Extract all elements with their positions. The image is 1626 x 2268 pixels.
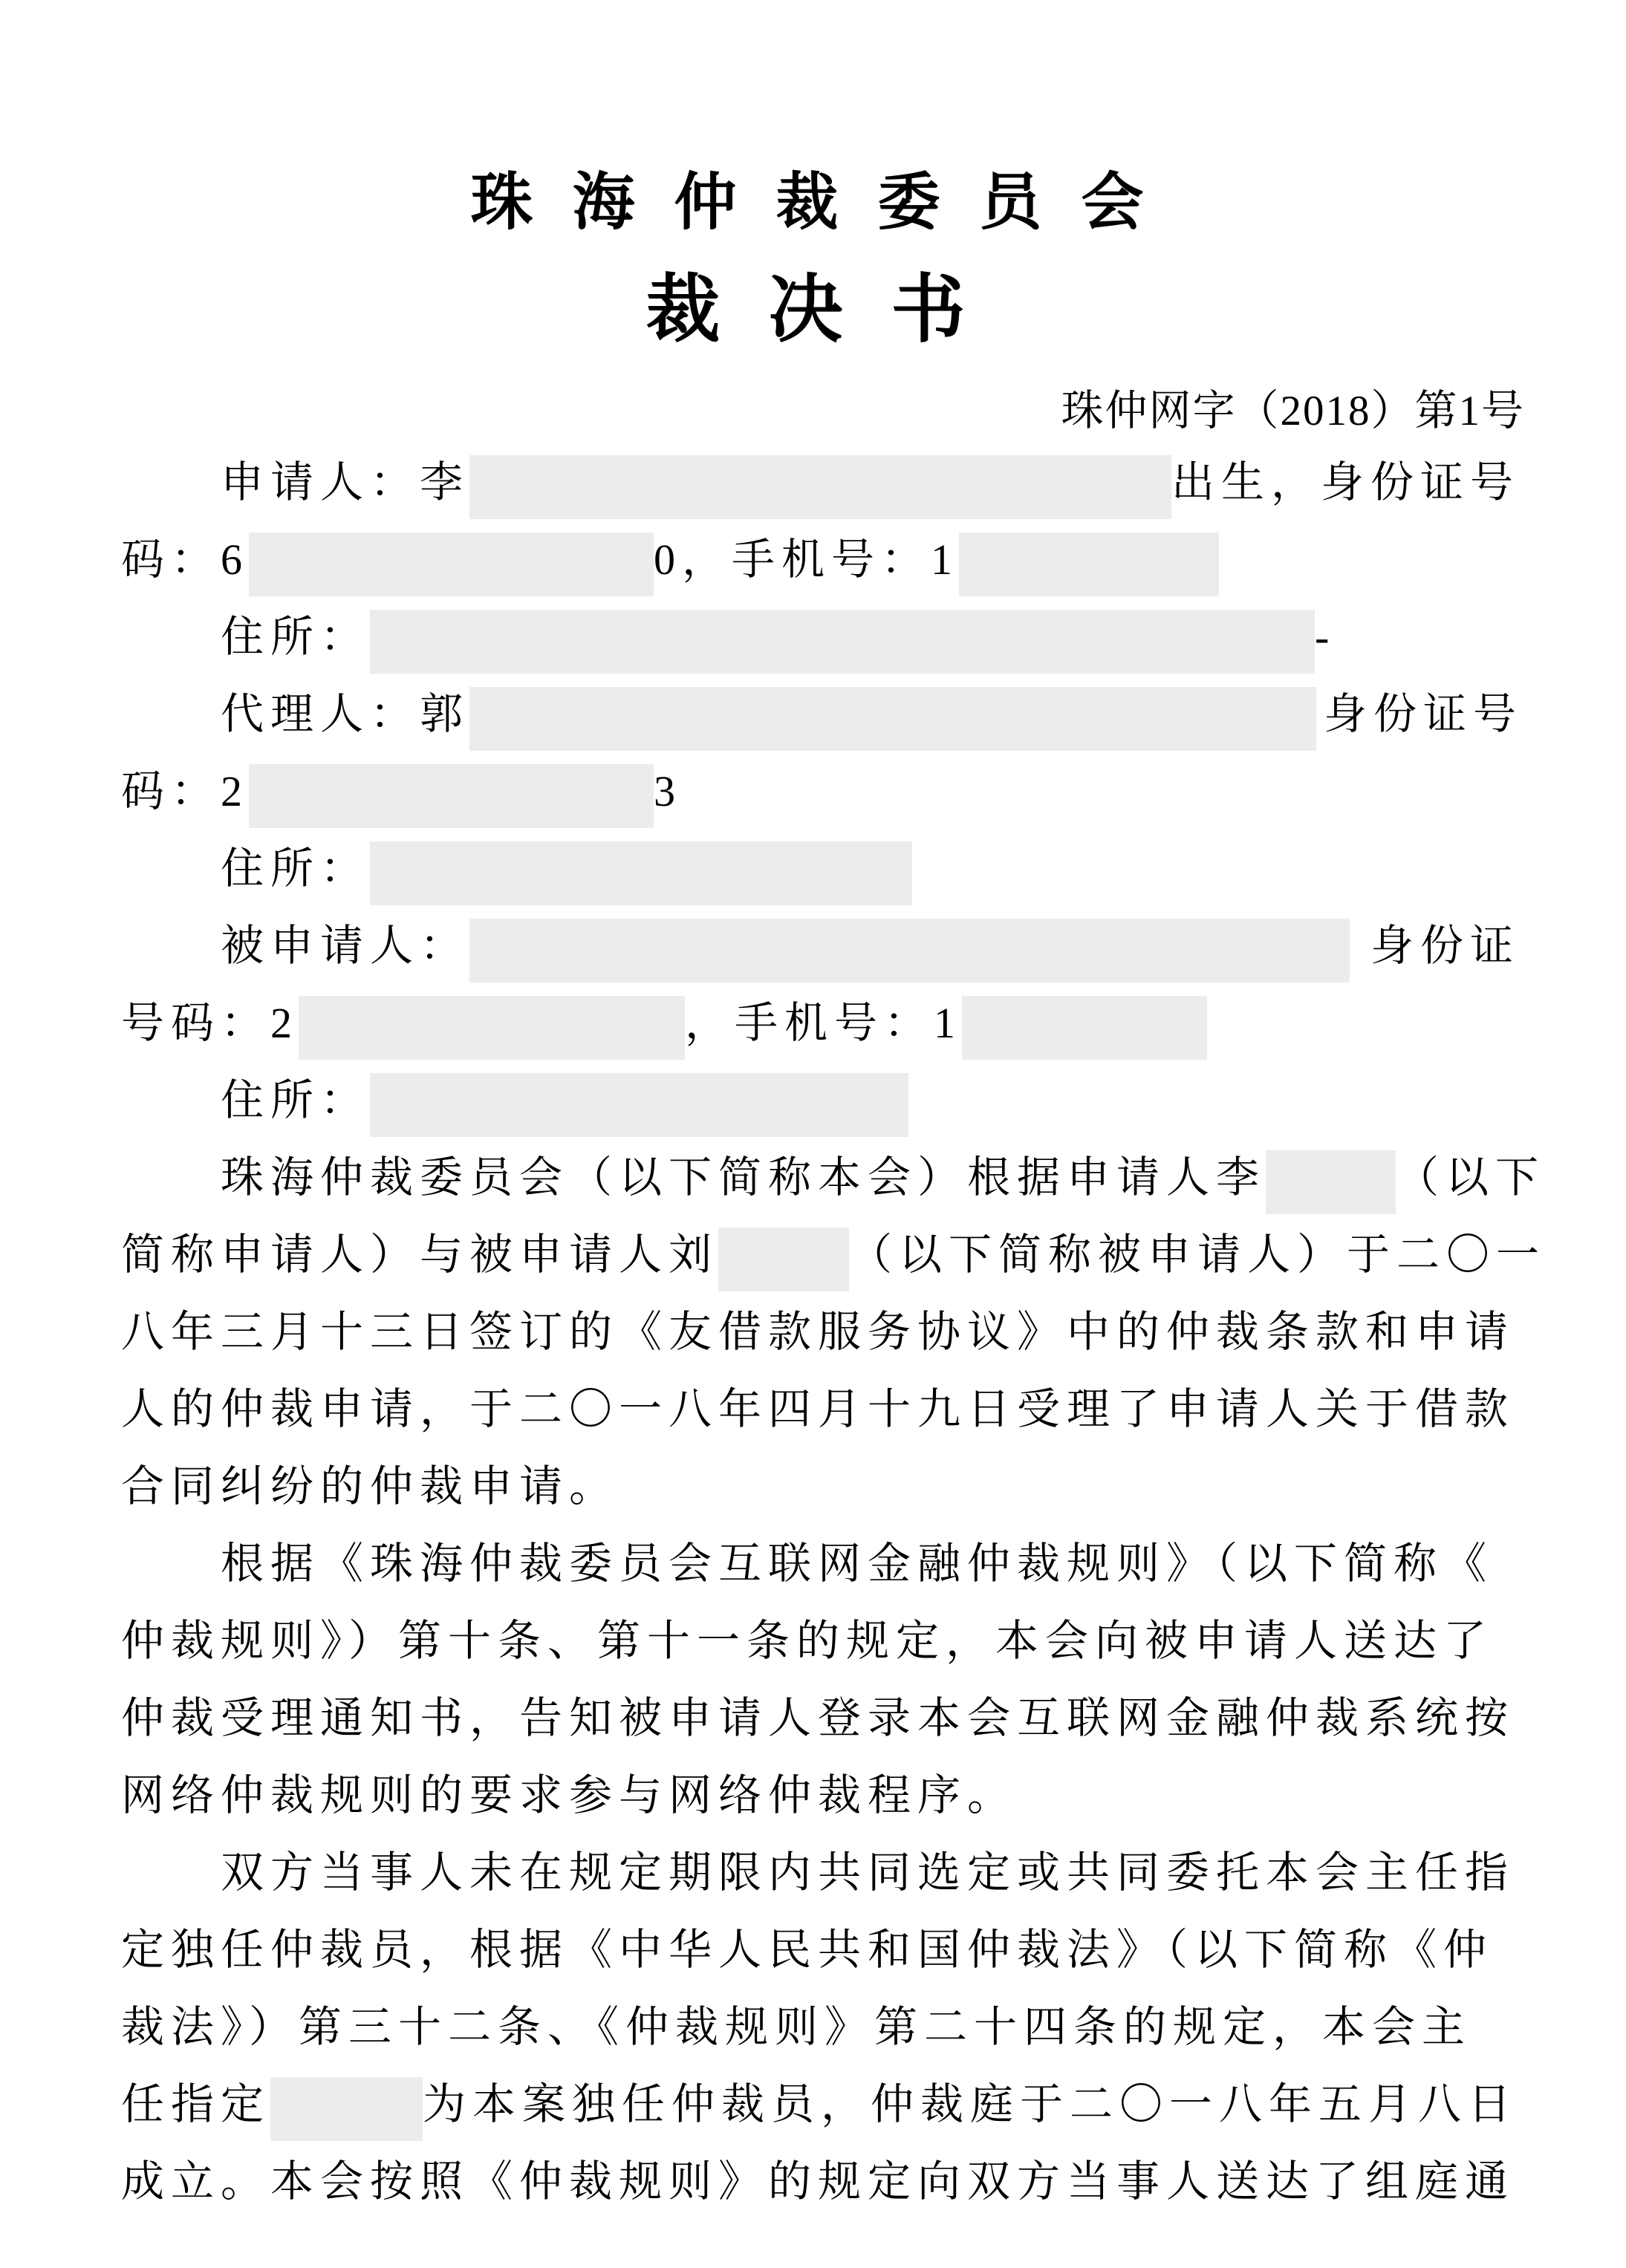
text-segment: 任指定: [121, 2080, 270, 2128]
body-line: 成立。本会按照《仲裁规则》的规定向双方当事人送达了组庭通: [121, 2143, 1599, 2220]
document-body: 申请人：李出生，身份证号码：60，手机号：1住所：-代理人：郭身份证号码：23住…: [121, 444, 1599, 2220]
gap-spacer: [1350, 947, 1370, 954]
body-line: 仲裁受理通知书，告知被申请人登录本会互联网金融仲裁系统按: [121, 1680, 1599, 1757]
body-line: 住所：-: [121, 599, 1599, 676]
text-segment: 住所：: [221, 1076, 370, 1124]
body-line: 代理人：郭身份证号: [121, 676, 1599, 753]
redaction-box: [270, 2077, 423, 2141]
body-line: 码：60，手机号：1: [121, 521, 1599, 599]
text-segment: 合同纠纷的仲裁申请。: [121, 1462, 619, 1511]
body-line: 裁法》）第三十二条、《仲裁规则》第二十四条的规定，本会主: [121, 1989, 1599, 2066]
body-line: 被申请人：身份证: [121, 907, 1599, 985]
doc-title: 裁 决 书: [0, 267, 1626, 353]
body-line: 仲裁规则》）第十条、第十一条的规定，本会向被申请人送达了: [121, 1603, 1599, 1680]
text-segment: 人的仲裁申请，于二〇一八年四月十九日受理了申请人关于借款: [121, 1385, 1515, 1433]
case-number: 珠仲网字（2018）第1号: [1061, 386, 1526, 437]
text-segment: 简称申请人）与被申请人刘: [121, 1231, 718, 1279]
text-segment: 仲裁受理通知书，告知被申请人登录本会互联网金融仲裁系统按: [121, 1694, 1515, 1742]
text-segment: 代理人：郭: [221, 690, 469, 738]
redaction-box: [959, 532, 1219, 596]
text-segment: 3: [654, 767, 682, 815]
redaction-box: [718, 1228, 849, 1291]
body-line: 码：23: [121, 753, 1599, 830]
text-segment: 网络仲裁规则的要求参与网络仲裁程序。: [121, 1771, 1017, 1819]
text-segment: 身份证号: [1324, 690, 1523, 738]
body-line: 号码：2，手机号：1: [121, 985, 1599, 1062]
text-segment: 住所：: [221, 844, 370, 893]
redaction-box: [469, 919, 1350, 983]
text-segment: 为本案独任仲裁员，仲裁庭于二〇一八年五月八日: [423, 2080, 1518, 2128]
redaction-box: [469, 455, 1171, 519]
redaction-box: [370, 841, 912, 905]
text-segment: 身份证: [1370, 922, 1520, 970]
redaction-box: [249, 532, 654, 596]
text-segment: 住所：: [221, 613, 370, 661]
redaction-box: [962, 996, 1207, 1060]
redaction-box: [370, 610, 1315, 674]
text-segment: （以下: [1396, 1153, 1545, 1202]
body-line: 定独任仲裁员，根据《中华人民共和国仲裁法》（以下简称《仲: [121, 1912, 1599, 1989]
gap-spacer: [1316, 715, 1324, 723]
text-segment: 仲裁规则》）第十条、第十一条的规定，本会向被申请人送达了: [121, 1617, 1493, 1665]
text-segment: 裁法》）第三十二条、《仲裁规则》第二十四条的规定，本会主: [121, 2003, 1471, 2051]
text-segment: 码：2: [121, 767, 249, 815]
redaction-box: [249, 764, 654, 828]
body-line: 住所：: [121, 830, 1599, 907]
body-line: 申请人：李出生，身份证号: [121, 444, 1599, 521]
redaction-box: [370, 1073, 908, 1137]
text-segment: 成立。本会按照《仲裁规则》的规定向双方当事人送达了组庭通: [121, 2157, 1515, 2206]
redaction-box: [1266, 1150, 1396, 1214]
text-segment: 珠海仲裁委员会（以下简称本会）根据申请人李: [221, 1153, 1266, 1202]
text-segment: ，手机号：1: [685, 999, 962, 1047]
body-line: 人的仲裁申请，于二〇一八年四月十九日受理了申请人关于借款: [121, 1371, 1599, 1448]
body-line: 双方当事人未在规定期限内共同选定或共同委托本会主任指: [121, 1834, 1599, 1912]
text-segment: 申请人：李: [221, 458, 469, 506]
body-line: 合同纠纷的仲裁申请。: [121, 1448, 1599, 1525]
org-title: 珠 海 仲 裁 委 员 会: [0, 169, 1626, 238]
body-line: 任指定为本案独任仲裁员，仲裁庭于二〇一八年五月八日: [121, 2066, 1599, 2143]
text-segment: 0，手机号：1: [654, 535, 959, 584]
text-segment: 码：6: [121, 535, 249, 584]
body-line: 简称申请人）与被申请人刘（以下简称被申请人）于二〇一: [121, 1216, 1599, 1294]
body-line: 八年三月十三日签订的《友借款服务协议》中的仲裁条款和申请: [121, 1294, 1599, 1371]
body-line: 珠海仲裁委员会（以下简称本会）根据申请人李（以下: [121, 1139, 1599, 1216]
text-segment: 根据《珠海仲裁委员会互联网金融仲裁规则》（以下简称《: [221, 1539, 1493, 1588]
document-page: 珠 海 仲 裁 委 员 会 裁 决 书 珠仲网字（2018）第1号 申请人：李出…: [0, 0, 1626, 2268]
redaction-box: [469, 687, 1316, 751]
redaction-box: [299, 996, 685, 1060]
body-line: 根据《珠海仲裁委员会互联网金融仲裁规则》（以下简称《: [121, 1525, 1599, 1603]
text-segment: 八年三月十三日签订的《友借款服务协议》中的仲裁条款和申请: [121, 1308, 1515, 1356]
text-segment: 被申请人：: [221, 922, 469, 970]
text-segment: 出生，身份证号: [1171, 458, 1520, 506]
text-segment: 号码：2: [121, 999, 299, 1047]
text-segment: （以下简称被申请人）于二〇一: [849, 1231, 1546, 1279]
body-line: 住所：: [121, 1062, 1599, 1139]
body-line: 网络仲裁规则的要求参与网络仲裁程序。: [121, 1757, 1599, 1834]
text-segment: 定独任仲裁员，根据《中华人民共和国仲裁法》（以下简称《仲: [121, 1926, 1493, 1974]
text-segment: 双方当事人未在规定期限内共同选定或共同委托本会主任指: [221, 1848, 1515, 1897]
text-segment: -: [1315, 613, 1336, 661]
